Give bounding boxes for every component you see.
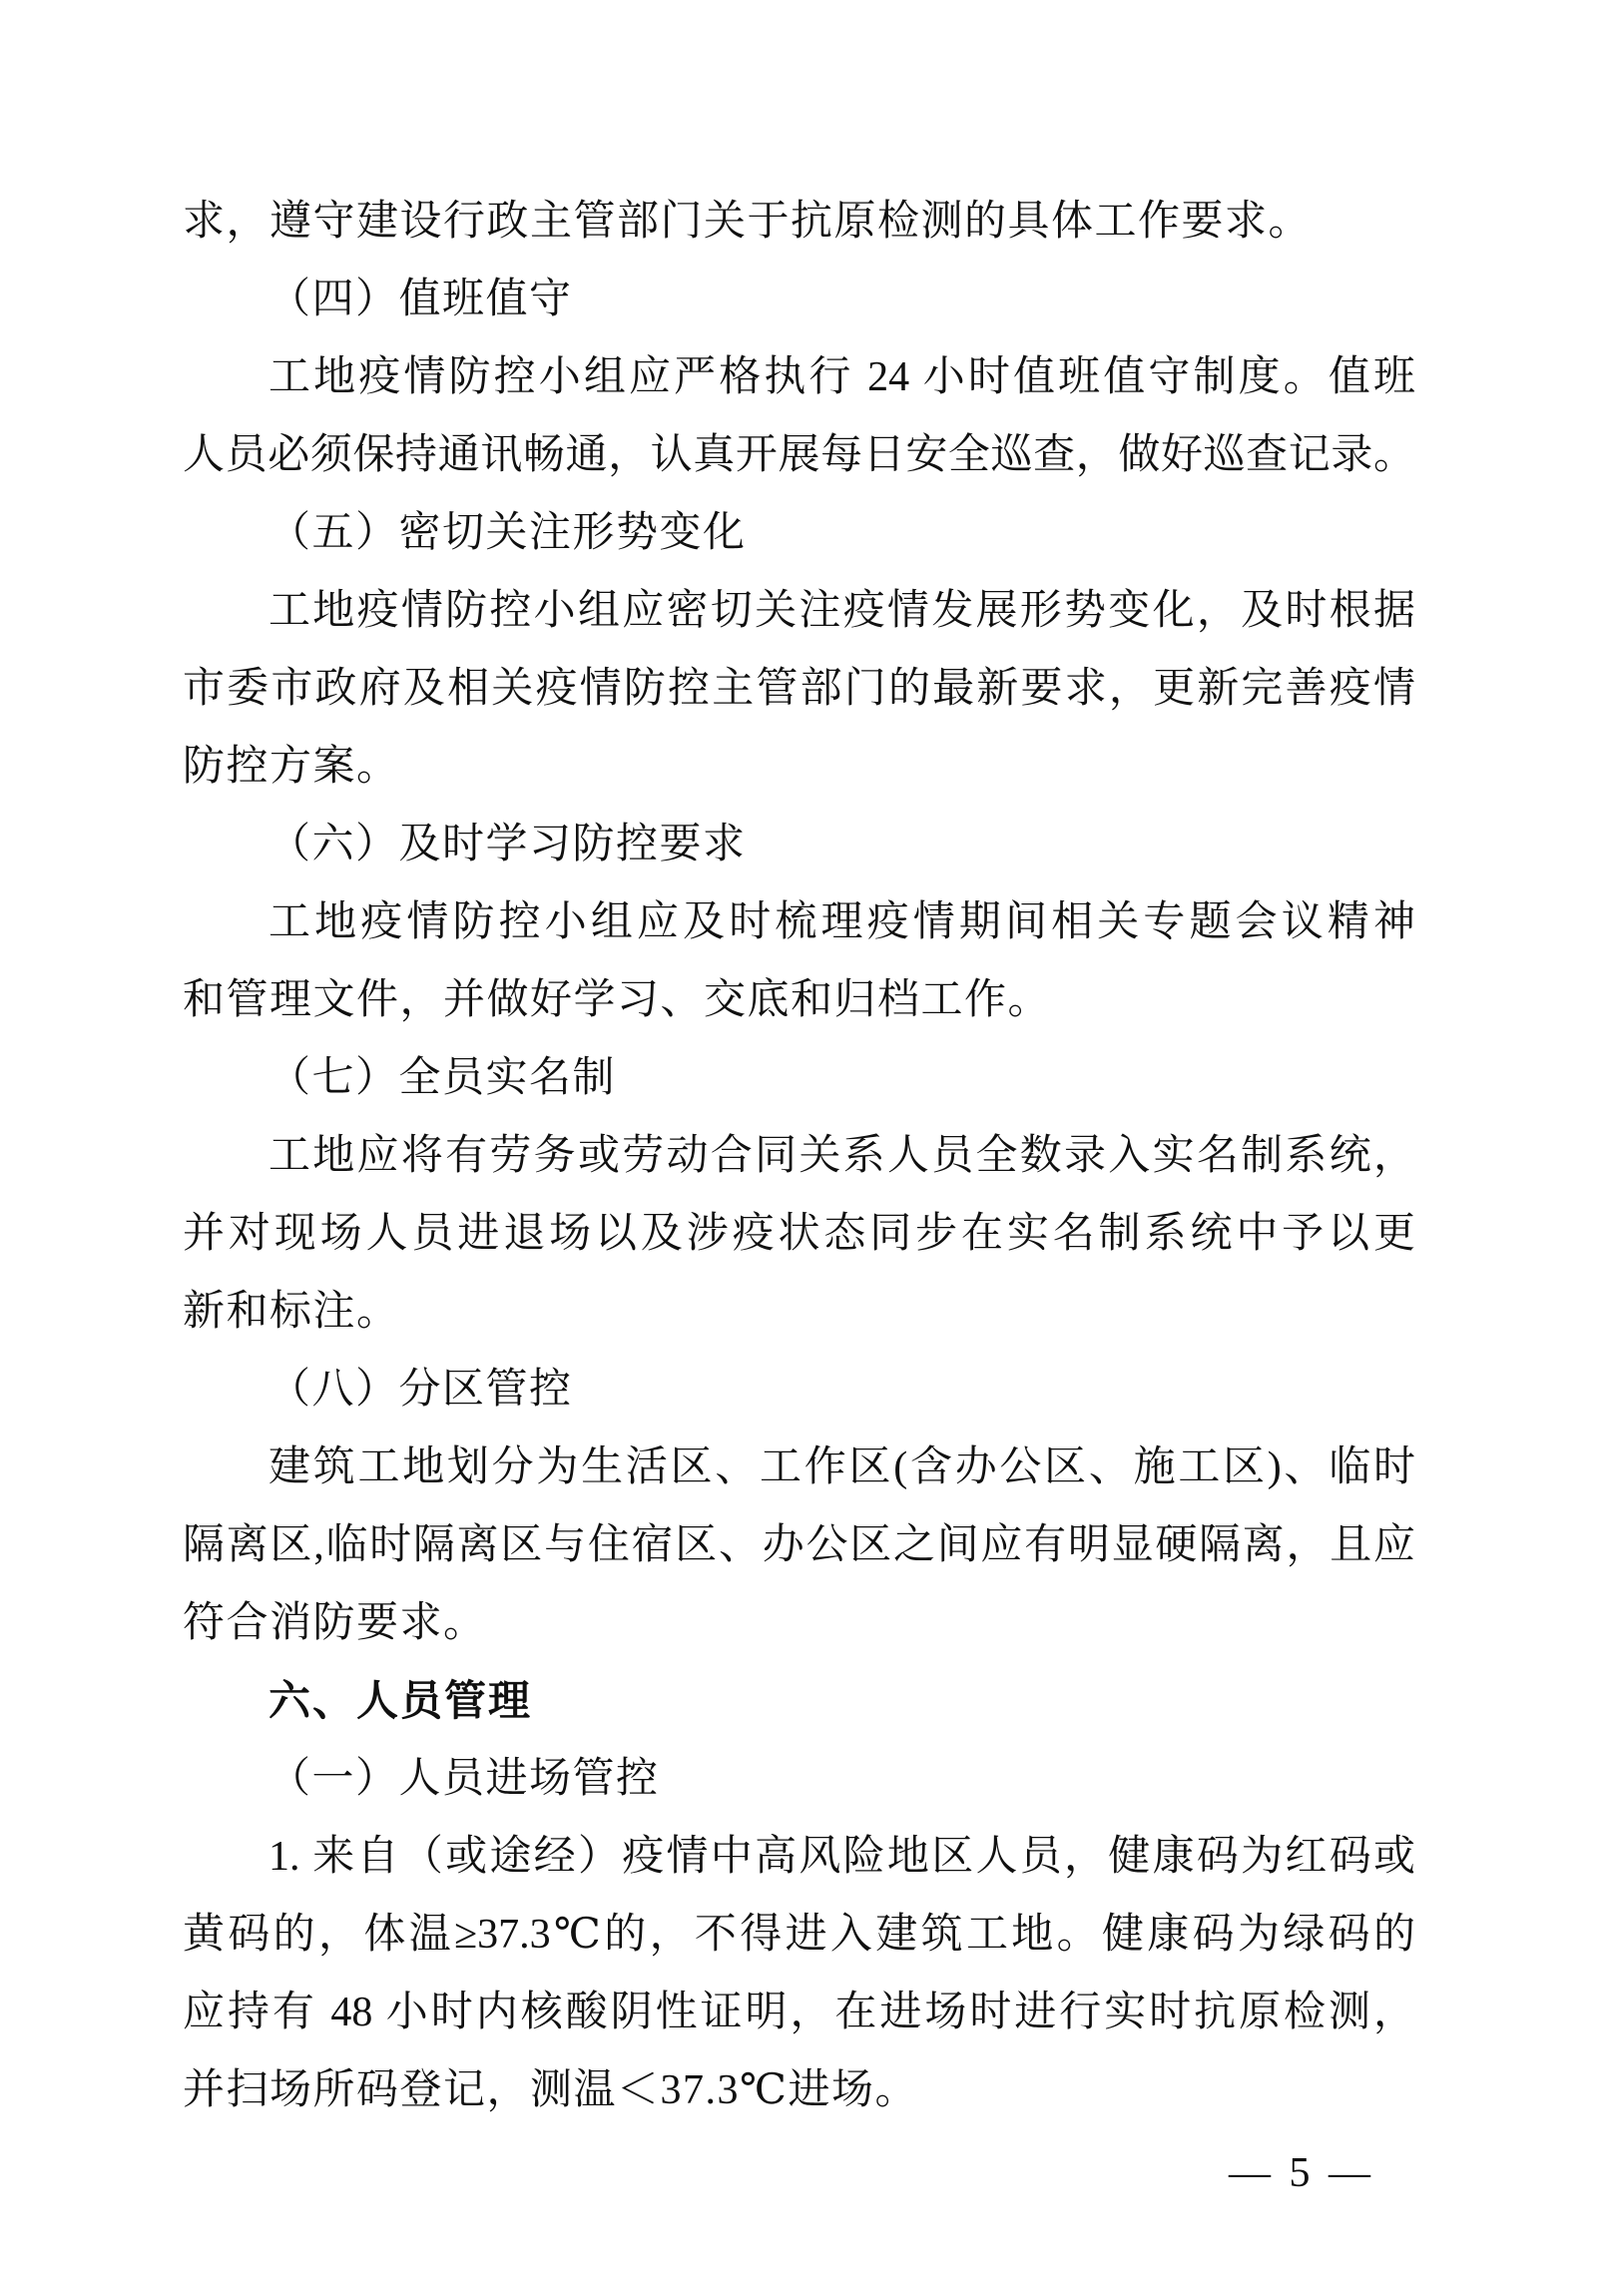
section-heading-personnel-management: 六、人员管理 [183, 1662, 1415, 1740]
document-body: 求，遵守建设行政主管部门关于抗原检测的具体工作要求。 （四）值班值守 工地疫情防… [183, 183, 1415, 2129]
body-text-line: 和管理文件，并做好学习、交底和归档工作。 [183, 961, 1415, 1039]
body-text-line: 黄码的，体温≥37.3℃的，不得进入建筑工地。健康码为绿码的 [183, 1896, 1415, 1974]
body-text-line: 市委市政府及相关疫情防控主管部门的最新要求，更新完善疫情 [183, 650, 1415, 728]
body-text-line: 工地疫情防控小组应及时梳理疫情期间相关专题会议精神 [183, 883, 1415, 961]
subsection-heading-4: （四）值班值守 [183, 261, 1415, 338]
body-text-line: 工地疫情防控小组应严格执行 24 小时值班值守制度。值班 [183, 338, 1415, 416]
subsection-heading-1: （一）人员进场管控 [183, 1740, 1415, 1818]
body-text-line: 1. 来自（或途经）疫情中高风险地区人员，健康码为红码或 [183, 1818, 1415, 1896]
body-text-line: 建筑工地划分为生活区、工作区(含办公区、施工区)、临时 [183, 1429, 1415, 1506]
body-text-line: 并扫场所码登记，测温＜37.3℃进场。 [183, 2051, 1415, 2129]
body-text-line: 应持有 48 小时内核酸阴性证明，在进场时进行实时抗原检测， [183, 1974, 1415, 2051]
body-text-line: 符合消防要求。 [183, 1584, 1415, 1662]
body-text-line: 工地应将有劳务或劳动合同关系人员全数录入实名制系统， [183, 1117, 1415, 1195]
subsection-heading-5: （五）密切关注形势变化 [183, 494, 1415, 572]
page-number: — 5 — [1229, 2134, 1374, 2212]
body-text-line: 防控方案。 [183, 728, 1415, 806]
subsection-heading-6: （六）及时学习防控要求 [183, 806, 1415, 883]
subsection-heading-8: （八）分区管控 [183, 1351, 1415, 1429]
body-text-line: 工地疫情防控小组应密切关注疫情发展形势变化，及时根据 [183, 572, 1415, 650]
document-page: 求，遵守建设行政主管部门关于抗原检测的具体工作要求。 （四）值班值守 工地疫情防… [0, 0, 1597, 2296]
body-text-line: 求，遵守建设行政主管部门关于抗原检测的具体工作要求。 [183, 183, 1415, 261]
body-text-line: 新和标注。 [183, 1273, 1415, 1351]
body-text-line: 隔离区,临时隔离区与住宿区、办公区之间应有明显硬隔离，且应 [183, 1506, 1415, 1584]
body-text-line: 人员必须保持通讯畅通，认真开展每日安全巡查，做好巡查记录。 [183, 416, 1415, 494]
body-text-line: 并对现场人员进退场以及涉疫状态同步在实名制系统中予以更 [183, 1195, 1415, 1273]
subsection-heading-7: （七）全员实名制 [183, 1039, 1415, 1117]
